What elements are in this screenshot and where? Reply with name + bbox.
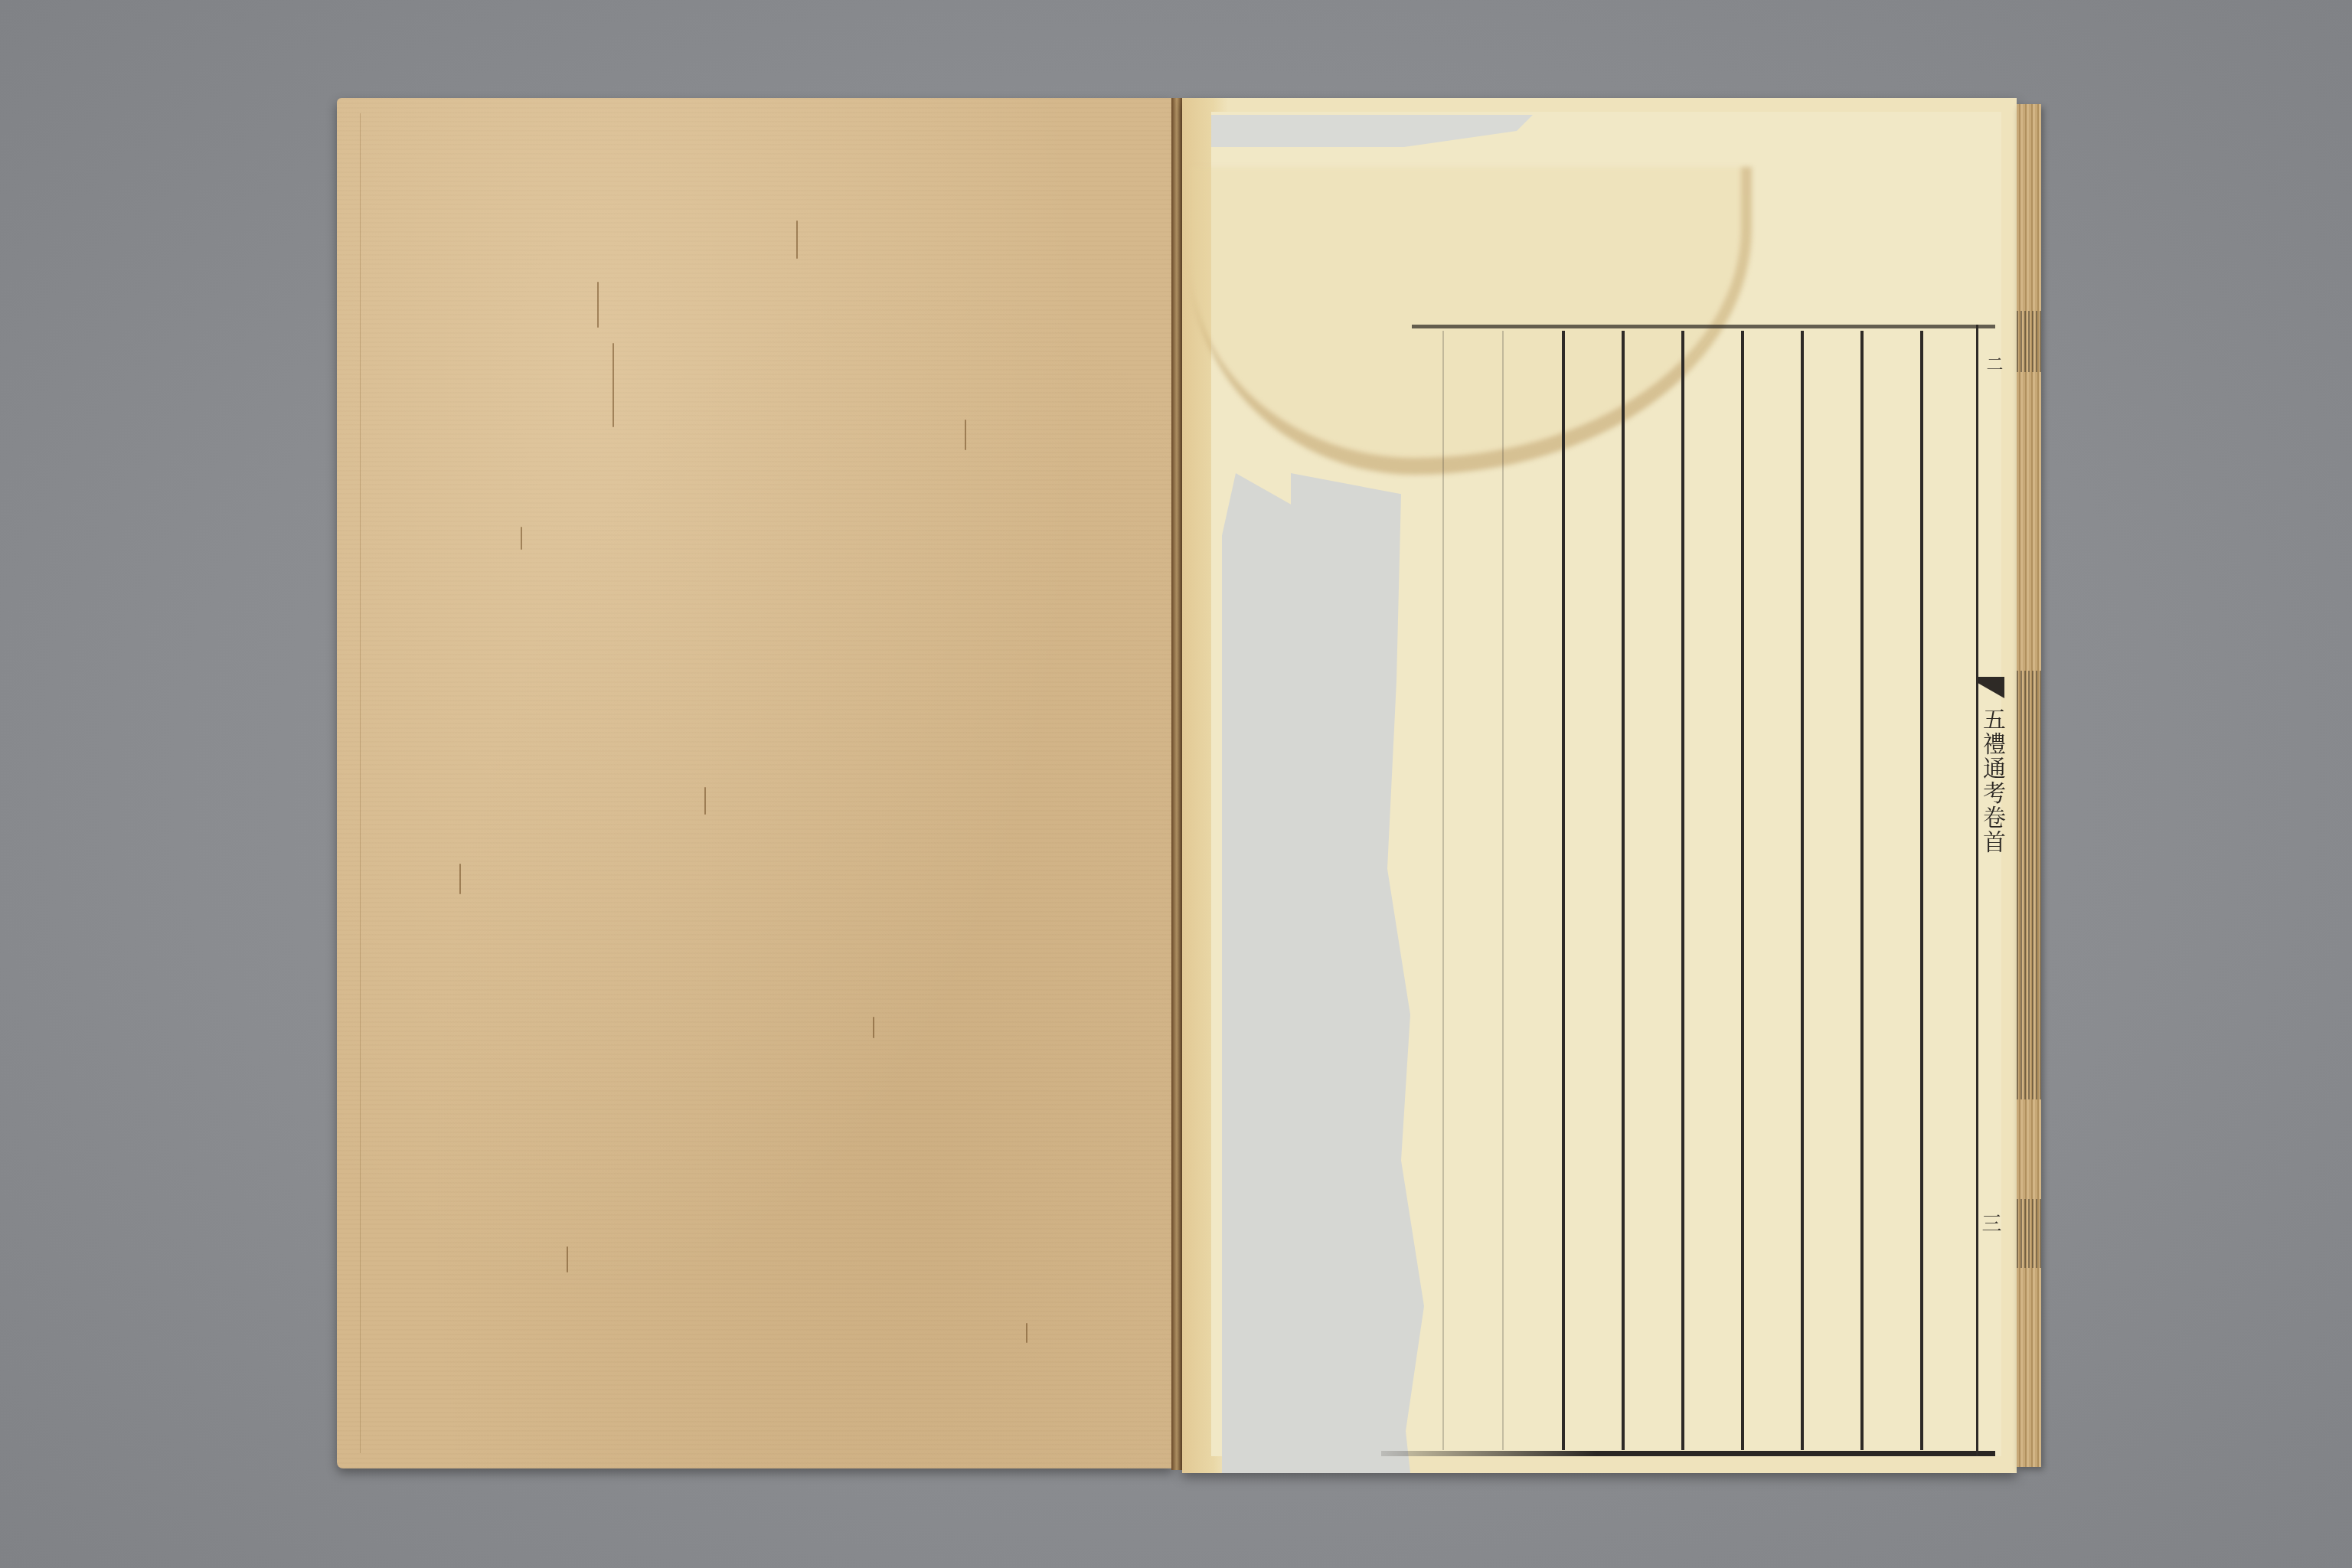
bottom-border-line (1381, 1451, 1995, 1456)
top-border-line (1412, 325, 1995, 328)
paper-fiber (796, 220, 798, 259)
ruled-column-grid (1442, 325, 1995, 1456)
paper-fiber (459, 864, 461, 894)
paper-fiber (597, 282, 599, 328)
paper-fiber (873, 1017, 874, 1038)
paper-fiber (965, 420, 966, 450)
edge-ink-mark (2017, 311, 2041, 372)
paper-texture (337, 98, 1173, 1468)
paper-fiber (612, 343, 614, 427)
book-gutter (1171, 98, 1182, 1470)
column-line (1502, 331, 1504, 1450)
paper-fiber (567, 1246, 568, 1272)
column-line (1442, 331, 1444, 1450)
right-page-leaf: 二 五禮通考卷首 三 (1182, 98, 2017, 1473)
column-line (1920, 331, 1923, 1450)
page-margin-line (360, 113, 361, 1453)
paper-fiber (521, 527, 522, 550)
banxin-title: 五禮通考卷首 (1980, 707, 2004, 854)
edge-ink-mark (2017, 1199, 2041, 1268)
page-fore-edge (2017, 104, 2041, 1467)
paper-fiber (1026, 1323, 1027, 1343)
banxin-top-mark: 二 (1981, 355, 2005, 372)
paper-fiber (704, 787, 706, 815)
banxin-center-column: 二 五禮通考卷首 三 (1976, 325, 2006, 1456)
column-line (1801, 331, 1804, 1450)
edge-ink-mark (2017, 671, 2041, 1099)
left-page-cover (337, 98, 1173, 1468)
column-line (1860, 331, 1864, 1450)
column-line (1562, 331, 1565, 1450)
column-line (1681, 331, 1684, 1450)
folio-number: 三 (1981, 1213, 2004, 1233)
column-line (1622, 331, 1625, 1450)
fish-tail-mark-icon (1978, 677, 2004, 698)
column-line (1741, 331, 1744, 1450)
